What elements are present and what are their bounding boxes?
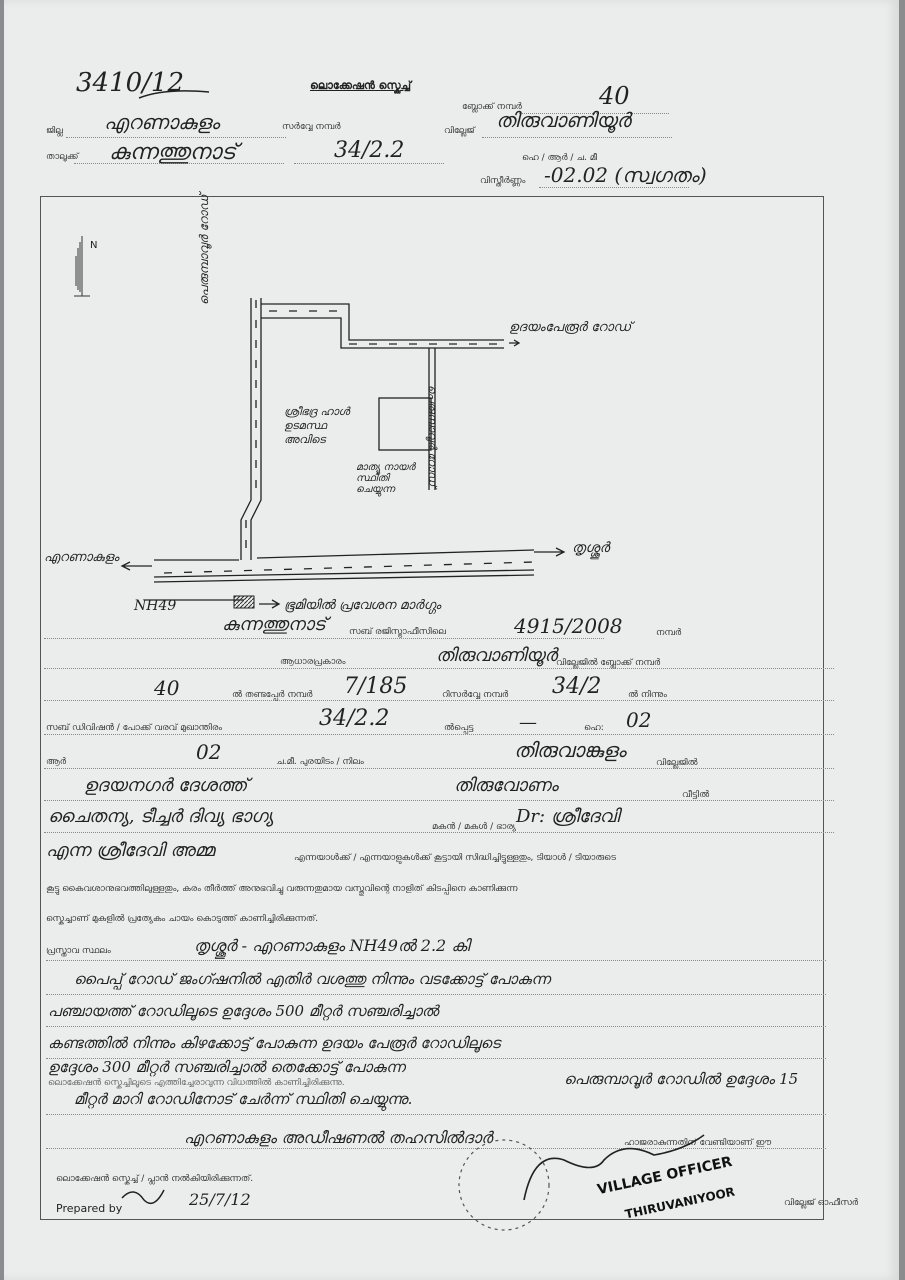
document-sheet: 3410/12 ലൊക്കേഷൻ സ്കെച്ച് ബ്ലോക്ക് നമ്പർ… <box>4 0 899 1280</box>
office-seal <box>459 1140 549 1230</box>
signatures <box>4 0 899 1280</box>
